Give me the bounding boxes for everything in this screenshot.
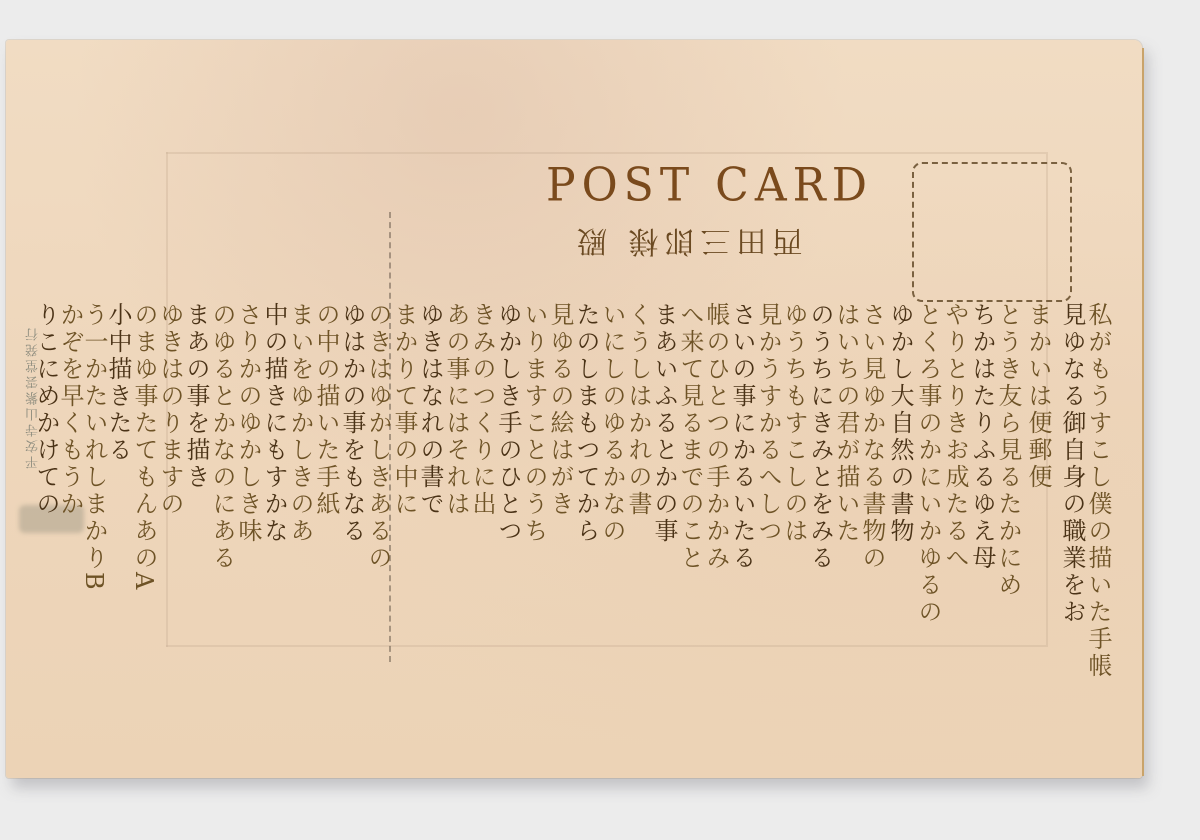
letter-column: いにしのゆるかなの	[599, 302, 625, 545]
letter-column: やりとりきお成たるへ	[942, 302, 968, 572]
letter-column: のゆるとかなのにある	[209, 302, 235, 572]
letter-column: 見ゆるの絵はがき	[547, 302, 573, 518]
letter-column: さりかのゆかしき味	[235, 302, 261, 545]
letter-column: ゆかしき手のひとつ	[495, 302, 521, 545]
letter-column: 見かうすかるへしつ	[755, 302, 781, 545]
letter-column: へ来て見るまでのこと	[677, 302, 703, 572]
letter-column: ゆきはなれの書で	[417, 302, 443, 518]
postcard: POST CARD 西田三郎様 殿 平安寺山紫雲堂発行 私がもうすこし僕の描いた…	[6, 40, 1142, 778]
letter-column: まあの事を描き	[183, 302, 209, 491]
letter-column: 中の描きにもすかな	[261, 302, 287, 545]
letter-column: う一かたいれしまかりB	[81, 302, 107, 593]
letter-column: あの事にはそれは	[443, 302, 469, 518]
letter-column: いりますことのうち	[521, 302, 547, 545]
letter-column: のまゆ事たてもんあのA	[131, 302, 157, 592]
letter-column: まかいは便郵便	[1025, 302, 1051, 491]
letter-column: たのしまもつてから	[573, 302, 599, 545]
letter-column: まかりて事の中に	[391, 302, 417, 518]
letter-column: はいちの君が描いた	[833, 302, 859, 545]
letter-column: ゆきはのりますの	[157, 302, 183, 518]
letter-column: ちかはたりふるゆえ母	[969, 302, 995, 572]
stamp-box	[912, 162, 1072, 302]
frame-line-bottom	[166, 645, 1046, 647]
letter-column: とうき友ら見るたかにめ	[995, 302, 1021, 599]
letter-column: とくろ事のかにいかゆるの	[915, 302, 941, 626]
letter-column: りこにめかけての	[33, 302, 59, 518]
letter-column: ゆかし大自然の書物	[887, 302, 913, 545]
letter-column: ゆうちもすこしのは	[781, 302, 807, 545]
letter-column: くうしはかれの書	[625, 302, 651, 518]
letter-column: まあいふるとかの事	[651, 302, 677, 545]
letter-column: のうちにきみとをみる	[807, 302, 833, 572]
letter-column: の中の描いた手紙	[313, 302, 339, 518]
letter-column: 見ゆなる御自身の職業をお	[1059, 302, 1085, 626]
letter-column: まいをゆかしきのあ	[287, 302, 313, 545]
letter-column: 帳のひとつの手かかみ	[703, 302, 729, 572]
letter-column: ゆはかの事をもなる	[339, 302, 365, 545]
letter-column: 小中描きたる	[105, 302, 131, 464]
letter-column: のきはゆかしきあるの	[365, 302, 391, 572]
frame-line-top	[166, 152, 1046, 154]
letter-column: さい見ゆかなる書物の	[859, 302, 885, 572]
letter-column: きみのつくりに出	[469, 302, 495, 518]
letter-column: 私がもうすこし僕の描いた手帳	[1085, 302, 1111, 680]
card-edge	[1142, 48, 1144, 776]
letter-column: かぞを早くもうか	[57, 302, 83, 518]
letter-column: さいの事にかるいたる	[729, 302, 755, 572]
post-card-title: POST CARD	[546, 159, 873, 213]
recipient-address: 西田三郎様 殿	[571, 222, 803, 266]
